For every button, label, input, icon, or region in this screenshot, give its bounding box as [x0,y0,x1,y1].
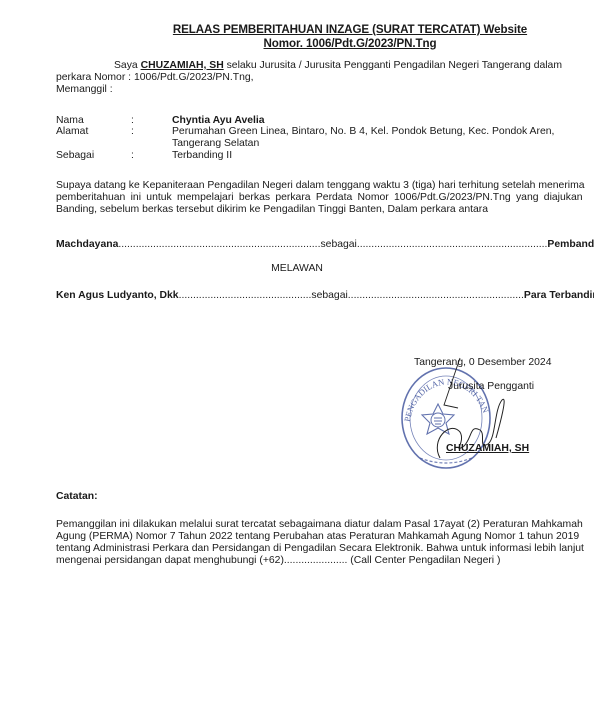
notes-line-2: Agung (PERMA) Nomor 7 Tahun 2022 tentang… [56,531,564,543]
field-label-alamat: Alamat [56,126,88,138]
notes-line-1: Pemanggilan ini dilakukan melalui surat … [56,519,564,531]
field-label-sebagai: Sebagai [56,150,94,162]
field-colon: : [131,150,134,162]
versus-label: MELAWAN [0,263,594,275]
instruction-line-1: Supaya datang ke Kepaniteraan Pengadilan… [56,180,564,192]
recipient-address-line-1: Perumahan Green Linea, Bintaro, No. B 4,… [172,126,572,138]
notes-line-3: tentang Administrasi Perkara dan Persida… [56,543,564,555]
signature-position: Jurusita Pengganti [448,381,594,393]
sebagai-label: sebagai [320,239,356,250]
dots: ........................................… [179,290,312,301]
document-title: RELAAS PEMBERITAHUAN INZAGE (SURAT TERCA… [130,24,570,36]
officer-name: CHUZAMIAH, SH [141,60,224,71]
appellant-role: Pembanding ; [547,239,594,250]
instruction-line-2: pemberitahuan ini untuk mempelajari berk… [56,192,564,204]
intro-text: selaku Jurusita / Jurusita Pengganti Pen… [224,60,562,71]
intro-prefix: Saya [114,60,141,71]
signature-name: CHUZAMIAH, SH [446,443,594,455]
appellant-name: Machdayana [56,239,118,250]
notes-heading: Catatan: [56,491,564,503]
signature-place-date: Tangerang, 0 Desember 2024 [414,357,584,369]
sebagai-label: sebagai [311,290,347,301]
intro-line-1: Saya CHUZAMIAH, SH selaku Jurusita / Jur… [56,60,564,72]
intro-line-3: Memanggil : [56,84,564,96]
dots: ........................................… [357,239,548,250]
respondent-role: Para Terbanding ; [524,290,594,301]
dots: ........................................… [118,239,320,250]
instruction-line-3: Banding, sebelum berkas tersebut dikirim… [56,204,564,216]
intro-line-2: perkara Nomor : 1006/Pdt.G/2023/PN.Tng, [56,72,564,84]
recipient-role: Terbanding II [172,150,572,162]
recipient-address-line-2: Tangerang Selatan [172,138,572,150]
respondent-row: Ken Agus Ludyanto, Dkk..................… [56,290,572,302]
case-number-title: Nomor. 1006/Pdt.G/2023/PN.Tng [130,38,570,50]
appellant-row: Machdayana..............................… [56,239,572,251]
field-colon: : [131,126,134,138]
notes-line-4: mengenai persidangan dapat menghubungi (… [56,555,564,567]
respondent-name: Ken Agus Ludyanto, Dkk [56,290,179,301]
dots: ........................................… [348,290,524,301]
